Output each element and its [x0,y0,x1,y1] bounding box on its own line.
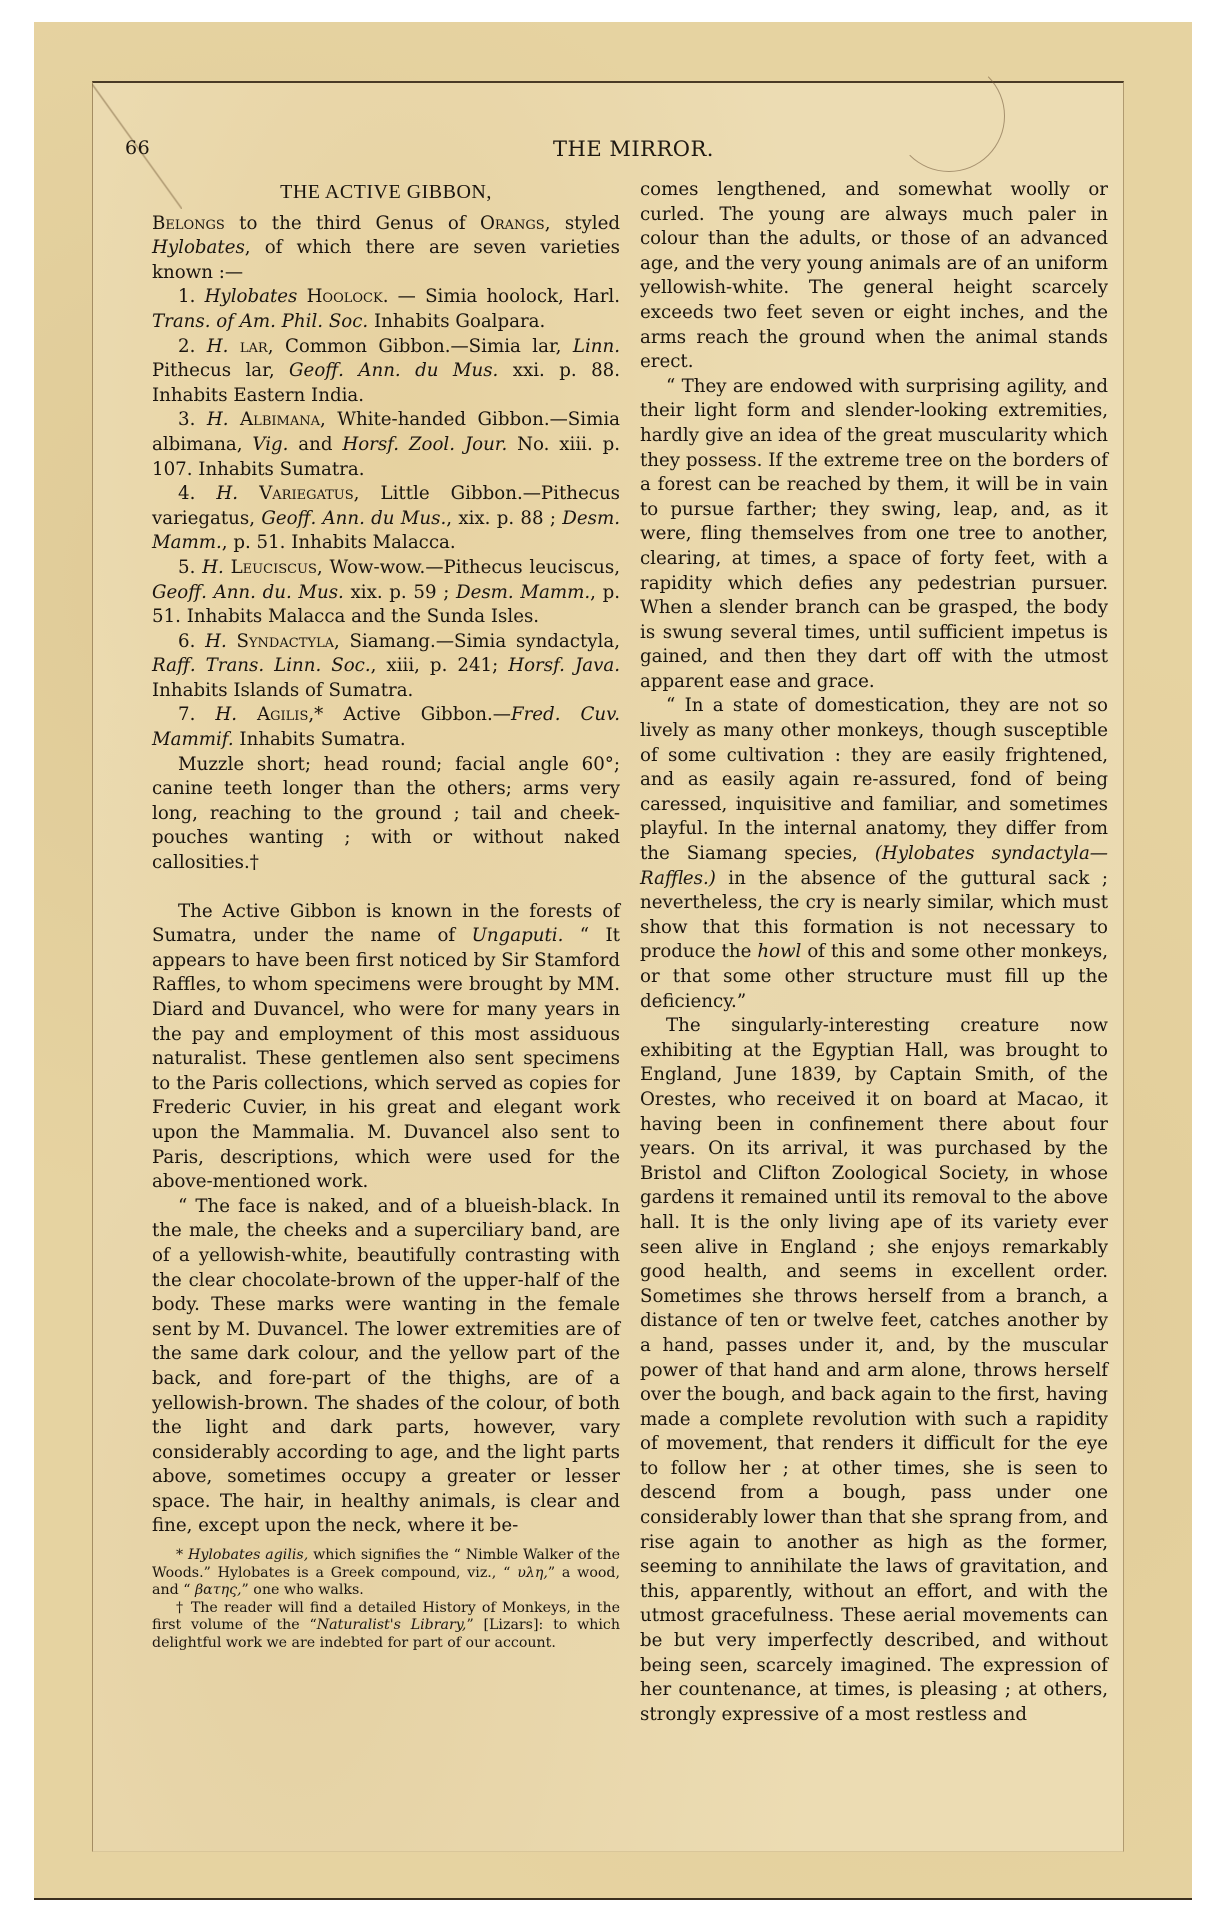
italic-text: Linn. [573,336,620,357]
characters-paragraph: Muzzle short; head round; facial angle 6… [152,753,620,876]
known-paragraph: The Active Gibbon is known in the forest… [152,900,620,1195]
italic-text: Desm. Mamm. [456,582,590,603]
continuation-paragraph: comes lengthened, and somewhat woolly or… [640,178,1108,375]
text-run: Pithecus lar, [152,360,289,381]
genus-name: Hylobates [152,237,245,258]
italic-text: Geoff. Ann. du. Mus. [152,582,344,603]
small-caps-text: lar [240,336,268,357]
italic-text: Naturalist's Library, [317,1617,467,1633]
text-run: , Common Gibbon.—Simia lar, [268,336,573,357]
footnote-dagger: † The reader will find a detailed Histor… [152,1600,620,1653]
italic-text: H. [202,557,224,578]
text-run: . — Simia hoolock, Harl. [383,286,620,307]
domestication-paragraph: “ In a state of domestication, they are … [640,694,1108,1014]
text-run: ” one who walks. [242,1582,364,1598]
text-run: Inhabits Sumatra. [234,729,406,750]
italic-text: howl [757,941,801,962]
text-run: Inhabits Islands of Sumatra. [152,680,413,701]
egyptian-hall-paragraph: The singularly-interesting creature now … [640,1014,1108,1727]
italic-text: H. [215,704,237,725]
text-run: 2. [178,336,207,357]
italic-text: Ungaputi. [472,925,564,946]
text-run: , xix. p. 88 ; [446,508,562,529]
variety-item: 7. H. Agilis,* Active Gibbon.—Fred. Cuv.… [152,703,620,752]
italic-text: Raff. Trans. Linn. Soc. [152,655,371,676]
small-caps-text: Variegatus [259,483,354,504]
text-run: , p. 51. Inhabits Malacca. [222,532,456,553]
variety-item: 2. H. lar, Common Gibbon.—Simia lar, Lin… [152,335,620,409]
text-run: 3. [178,409,207,430]
right-column: comes lengthened, and somewhat woolly or… [640,178,1108,1727]
small-caps-text: Hoolock [307,286,383,307]
italic-text: υλη, [517,1565,548,1581]
italic-text: βατης, [195,1582,242,1598]
text-run: Inhabits Goalpara. [368,311,545,332]
text-run: ,* Active Gibbon.— [308,704,511,725]
intro-text: to the third Genus of [225,213,480,234]
small-caps-text: Albimana [240,409,320,430]
variety-item: 1. Hylobates Hoolock. — Simia hoolock, H… [152,285,620,334]
text-run: , Siamang.—Simia syndactyla, [334,631,620,652]
text-run: and [288,434,342,455]
variety-item: 4. H. Variegatus, Little Gibbon.—Pithecu… [152,482,620,556]
text-run: 6. [178,631,205,652]
variety-item: 5. H. Leuciscus, Wow-wow.—Pithecus leuci… [152,556,620,630]
italic-text: Trans. of Am. Phil. Soc. [152,311,368,332]
italic-text: H. [216,483,238,504]
italic-text: Geoff. Ann. du Mus. [289,360,498,381]
text-run: * [176,1547,188,1563]
text-run: 4. [178,483,216,504]
paragraph-gap [152,876,620,900]
text-run: xix. p. 59 ; [344,582,456,603]
small-caps-text: Syndactyla [237,631,334,652]
variety-item: 3. H. Albimana, White-handed Gibbon.—Sim… [152,408,620,482]
running-head: 66 THE MIRROR. [0,137,1227,167]
text-run: , Wow-wow.—Pithecus leuciscus, [317,557,620,578]
text-run: , xiii, p. 241; [371,655,509,676]
italic-text: Horsf. Java. [508,655,620,676]
italic-text: Vig. [252,434,288,455]
small-caps-text: Leuciscus [231,557,317,578]
journal-title: THE MIRROR. [0,137,1227,161]
italic-text: H. [205,631,227,652]
italic-text: Horsf. Zool. Jour. [342,434,507,455]
face-paragraph: “ The face is naked, and of a blueish-bl… [152,1195,620,1539]
italic-text: H. [207,409,229,430]
article-title: THE ACTIVE GIBBON, [152,180,620,205]
text-run: “ It appears to have been first noticed … [152,925,620,1192]
agility-paragraph: “ They are endowed with surprising agili… [640,375,1108,695]
text-run: 1. [178,286,205,307]
intro-text: , styled [545,213,620,234]
text-run: 5. [178,557,202,578]
italic-text: Geoff. Ann. du Mus. [261,508,446,529]
footnotes: * Hylobates agilis, which signifies the … [152,1547,620,1653]
italic-text: Hylobates [205,286,298,307]
italic-text: H. [207,336,229,357]
intro-paragraph: Belongs to the third Genus of Orangs, st… [152,212,620,286]
text-run: 7. [178,704,215,725]
orangs-term: Orangs [480,213,545,234]
variety-item: 6. H. Syndactyla, Siamang.—Simia syndact… [152,630,620,704]
footnote-star: * Hylobates agilis, which signifies the … [152,1547,620,1600]
small-caps-text: Agilis [257,704,308,725]
italic-text: Hylobates agilis, [188,1547,308,1563]
text-run: “ In a state of domestication, they are … [640,695,1108,864]
intro-lead: Belongs [152,213,225,234]
left-column: THE ACTIVE GIBBON, Belongs to the third … [152,178,620,1653]
